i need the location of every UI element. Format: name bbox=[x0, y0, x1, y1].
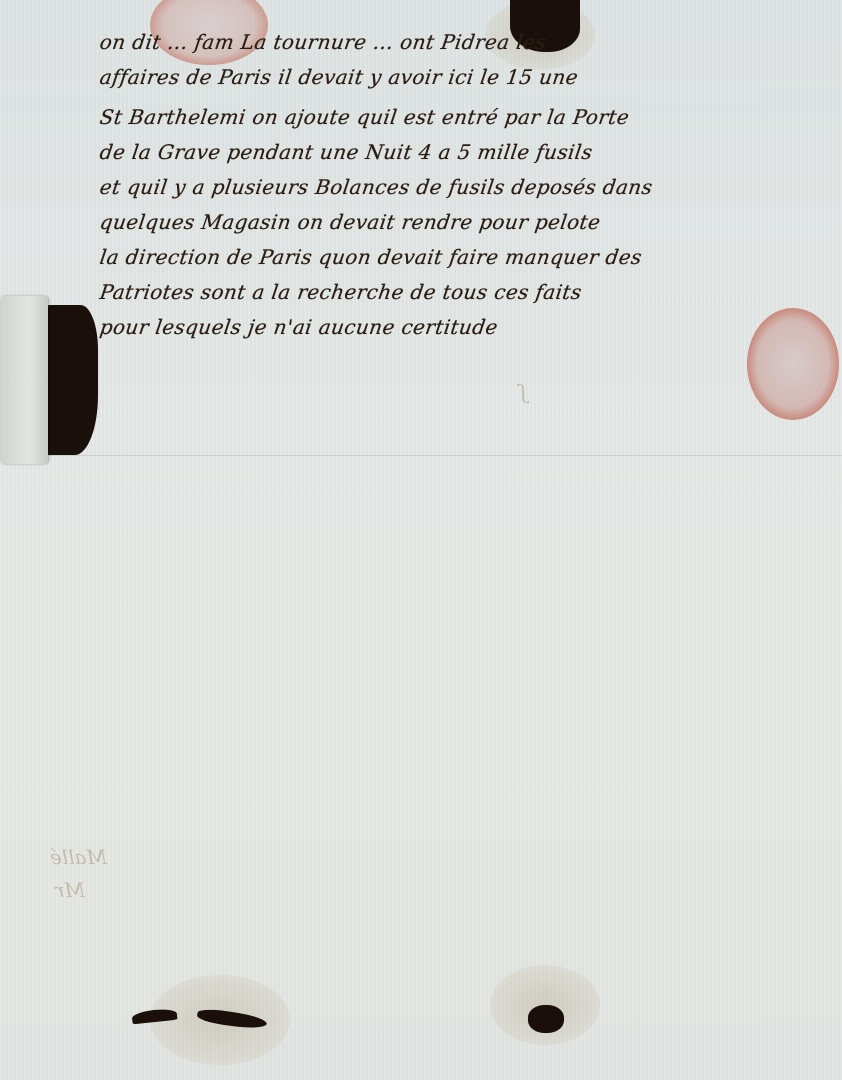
handwritten-line: Patriotes sont a la recherche de tous ce… bbox=[98, 280, 826, 304]
handwritten-line: St Barthelemi on ajoute quil est entré p… bbox=[98, 105, 826, 129]
bleed-through-mark: ʃ bbox=[520, 380, 525, 404]
handwritten-line: de la Grave pendant une Nuit 4 a 5 mille… bbox=[98, 140, 826, 164]
handwritten-line: on dit ... fam La tournure ... ont Pidre… bbox=[98, 30, 826, 54]
torn-flap bbox=[0, 296, 48, 464]
handwritten-line: pour lesquels je n'ai aucune certitude bbox=[98, 315, 826, 339]
letter-page: ʃ Mallé Mr on dit ... fam La tournure ..… bbox=[0, 0, 842, 1080]
hole-left-edge bbox=[40, 305, 98, 455]
hole-bottom-center bbox=[528, 1005, 564, 1033]
handwritten-line: la direction de Paris quon devait faire … bbox=[98, 245, 826, 269]
fold-line bbox=[0, 455, 842, 456]
bleed-through-line-2: Mr bbox=[55, 878, 85, 902]
handwritten-line: et quil y a plusieurs Bolances de fusils… bbox=[98, 175, 826, 199]
handwritten-line: quelques Magasin on devait rendre pour p… bbox=[98, 210, 826, 234]
bleed-through-line-1: Mallé bbox=[50, 845, 107, 869]
handwritten-line: affaires de Paris il devait y avoir ici … bbox=[98, 65, 826, 89]
